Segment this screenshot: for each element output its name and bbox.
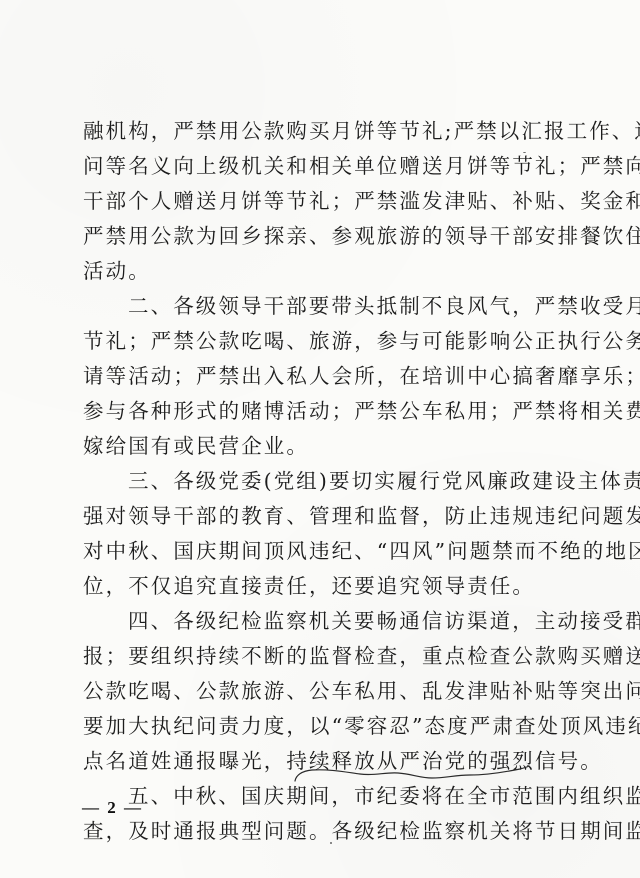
paragraph-start-item-2: 二、各级领导干部要带头抵制不良风气，严禁收受月饼等 — [83, 292, 543, 327]
text-line: 公款吃喝、公款旅游、公车私用、乱发津贴补贴等突出问题； — [83, 677, 543, 712]
text-line: 请等活动；严禁出入私人会所，在培训中心搞奢靡享乐；严禁 — [83, 362, 543, 397]
text-line: 融机构，严禁用公款购买月饼等节礼;严禁以汇报工作、过节慰 — [83, 117, 543, 152]
text-line: 要加大执纪问责力度，以“零容忍”态度严肃查处顶风违纪行为， — [83, 712, 543, 747]
text-line: 对中秋、国庆期间顶风违纪、“四风”问题禁而不绝的地区和单 — [83, 537, 543, 572]
scan-speck — [330, 842, 332, 844]
paragraph-start-item-5: 五、中秋、国庆期间，市纪委将在全市范围内组织监督检 — [83, 782, 543, 817]
text-line: 节礼；严禁公款吃喝、旅游，参与可能影响公正执行公务的宴 — [83, 327, 543, 362]
text-line: 参与各种形式的赌博活动；严禁公车私用；严禁将相关费用转 — [83, 397, 543, 432]
scan-speck — [228, 582, 229, 583]
document-body: 融机构，严禁用公款购买月饼等节礼;严禁以汇报工作、过节慰 问等名义向上级机关和相… — [83, 117, 543, 852]
text-line: 问等名义向上级机关和相关单位赠送月饼等节礼；严禁向领导 — [83, 152, 543, 187]
text-line: 位，不仅追究直接责任，还要追究领导责任。 — [83, 572, 543, 607]
page-number: — 2 — — [82, 798, 143, 818]
scanned-document-page: 融机构，严禁用公款购买月饼等节礼;严禁以汇报工作、过节慰 问等名义向上级机关和相… — [0, 0, 640, 878]
text-line: 嫁给国有或民营企业。 — [83, 432, 543, 467]
text-line: 严禁用公款为回乡探亲、参观旅游的领导干部安排餐饮住宿等 — [83, 222, 543, 257]
text-line: 报；要组织持续不断的监督检查，重点检查公款购买赠送节礼、 — [83, 642, 543, 677]
scan-speck — [523, 152, 526, 153]
text-line: 查，及时通报典型问题。各级纪检监察机关将节日期间监督中 — [83, 817, 543, 852]
paragraph-start-item-4: 四、各级纪检监察机关要畅通信访渠道，主动接受群众举 — [83, 607, 543, 642]
text-line: 强对领导干部的教育、管理和监督，防止违规违纪问题发生。 — [83, 502, 543, 537]
text-line: 活动。 — [83, 257, 543, 292]
text-line: 干部个人赠送月饼等节礼；严禁滥发津贴、补贴、奖金和实物； — [83, 187, 543, 222]
paragraph-start-item-3: 三、各级党委(党组)要切实履行党风廉政建设主体责任，加 — [83, 467, 543, 502]
text-line: 点名道姓通报曝光，持续释放从严治党的强烈信号。 — [83, 747, 543, 782]
